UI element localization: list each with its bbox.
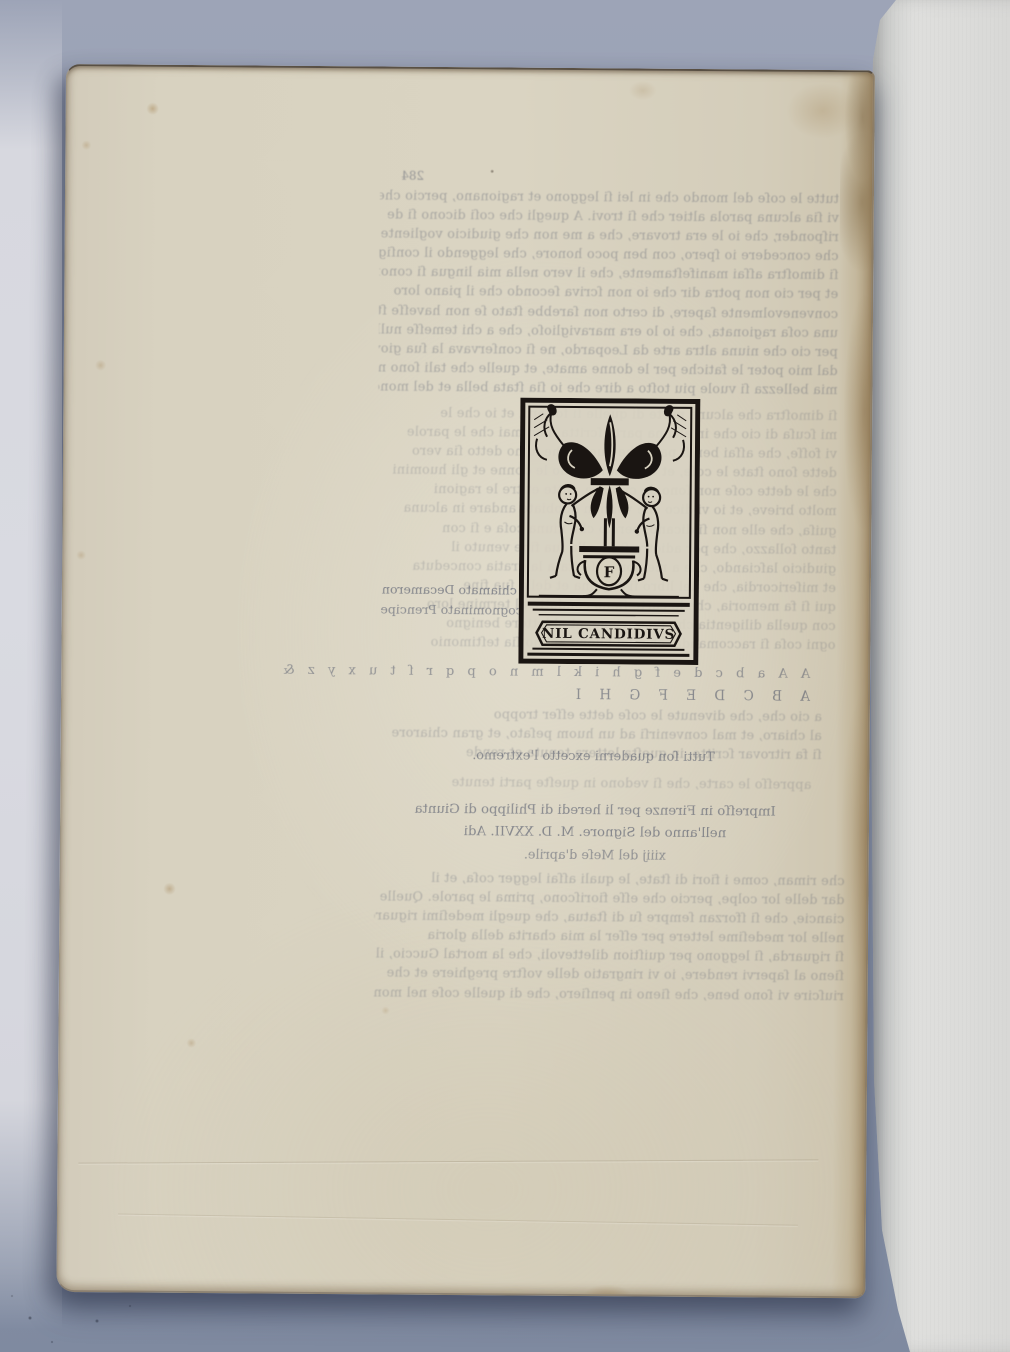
giunta-printers-device: F NIL CANDIDIVS <box>518 398 700 665</box>
bleedthrough-explicit-fragment: cognominato Prencipe <box>377 601 523 617</box>
bleedthrough-paragraph-after-note: appreſſo le carte, che ſi vedono in queſ… <box>391 773 811 795</box>
printers-device-woodcut-icon: F NIL CANDIDIVS <box>518 398 700 665</box>
bleedthrough-colophon-line: Impreſſo in Firenze per li heredi di Phi… <box>395 802 795 820</box>
device-motto: NIL CANDIDIVS <box>542 626 675 643</box>
facing-page-fore-edge <box>870 0 1010 1352</box>
bleedthrough-line: riuſcire vi ſono bene, che ſieno in penſ… <box>374 983 844 1006</box>
bleedthrough-explicit-fragment: chiamato Decameron <box>377 581 517 597</box>
left-backdrop-strip <box>0 0 62 1352</box>
bleedthrough-line: appreſſo le carte, che ſi vedono in queſ… <box>391 773 811 795</box>
bleedthrough-register-caps: A B C D E F G H I <box>643 688 810 705</box>
bleedthrough-line: mia bellezza ſi vuole piu toſto a dire c… <box>378 377 837 400</box>
bleedthrough-colophon-line: xiiij del Meſe d'aprile. <box>395 847 795 865</box>
bleedthrough-paragraph-upper: tutte le coſe del mondo che in lei ſi le… <box>378 186 839 400</box>
book-page: 284 tutte le coſe del mondo che in lei ſ… <box>56 64 875 1298</box>
bleedthrough-register-note: Tutti ſon quaderni excetto l'extremo. <box>453 748 735 765</box>
ghost-folio-number: 284 <box>390 169 424 183</box>
bleedthrough-colophon-line: nell'anno del Signore. M. D. XXVII. Adi <box>395 824 795 842</box>
bleedthrough-paragraph-lower: che riman, come i fiori di ſtate, le qua… <box>374 868 845 1005</box>
device-initial: F <box>604 563 615 581</box>
